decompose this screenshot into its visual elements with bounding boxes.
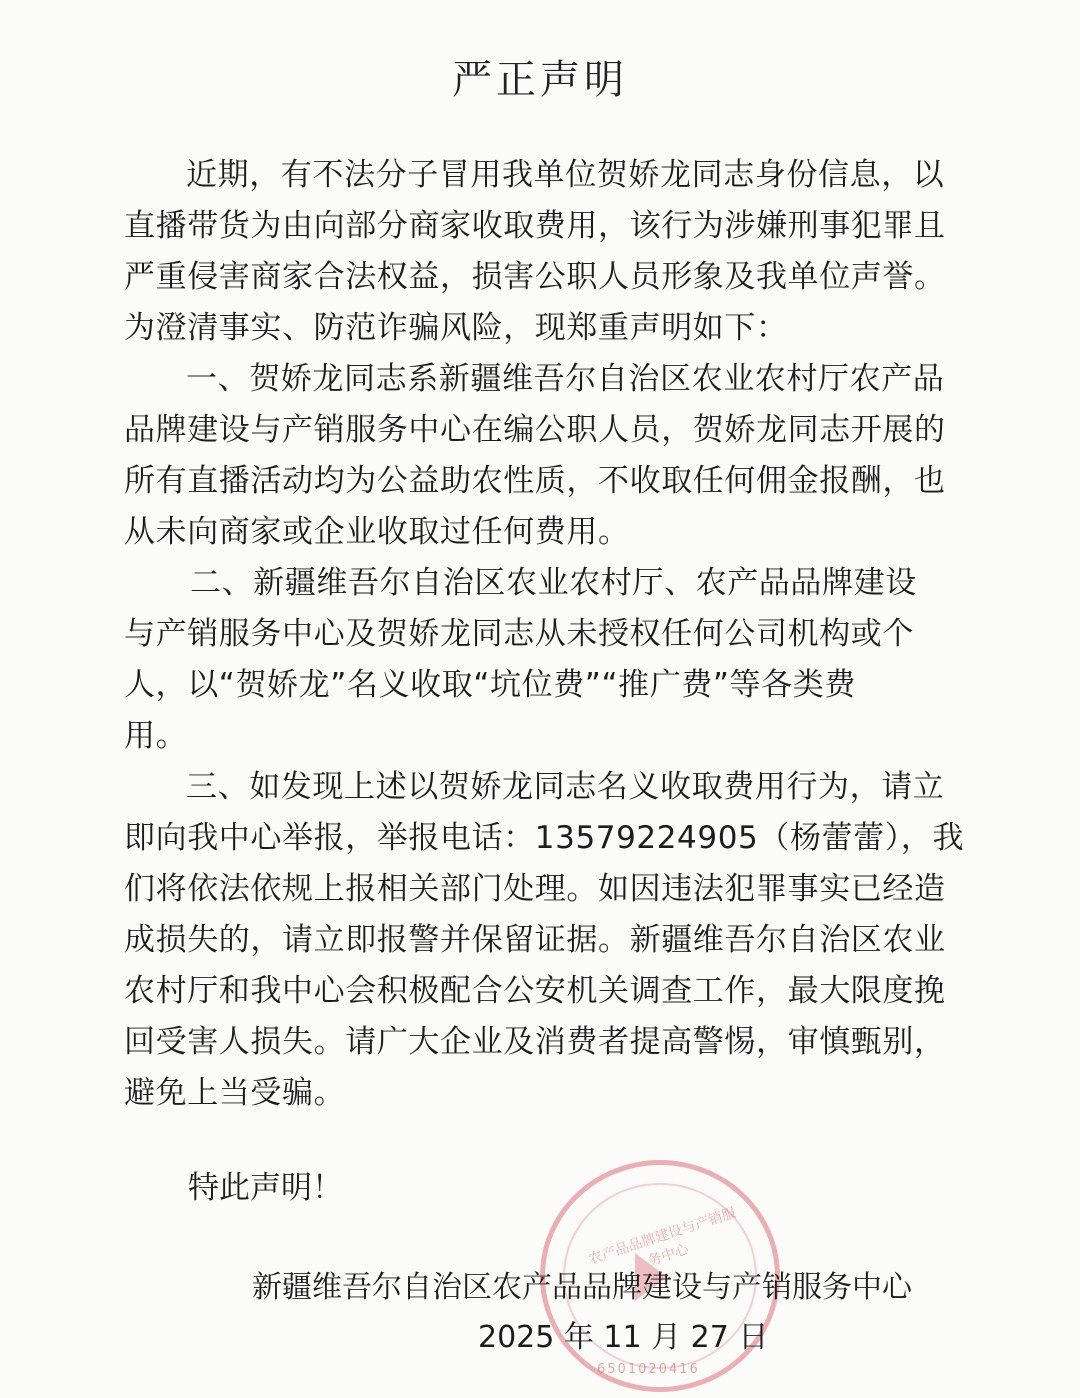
- body-line: 一、贺娇龙同志系新疆维吾尔自治区农业农村厅农产品: [124, 354, 954, 405]
- signature-date: 2025 年 11 月 27 日: [478, 1312, 768, 1356]
- body-line: 避免上当受骗。: [124, 1068, 954, 1119]
- seal-code: 6501020416: [597, 1362, 700, 1377]
- signature-organization: 新疆维吾尔自治区农产品品牌建设与产销服务中心: [252, 1262, 912, 1306]
- body-line: 为澄清事实、防范诈骗风险，现郑重声明如下：: [124, 303, 954, 354]
- body-line: 与产销服务中心及贺娇龙同志从未授权任何公司机构或个: [124, 609, 954, 660]
- closing-statement: 特此声明！: [188, 1162, 343, 1207]
- body-line: 用。: [124, 711, 954, 762]
- body-line: 从未向商家或企业收取过任何费用。: [124, 507, 954, 558]
- body-line: 三、如发现上述以贺娇龙同志名义收取费用行为，请立: [124, 762, 954, 813]
- document-title: 严正声明: [0, 48, 1080, 105]
- body-line: 成损失的，请立即报警并保留证据。新疆维吾尔自治区农业: [124, 915, 954, 966]
- body-line: 们将依法依规上报相关部门处理。如因违法犯罪事实已经造: [124, 864, 954, 915]
- body-line: 二、新疆维吾尔自治区农业农村厅、农产品品牌建设: [124, 558, 954, 609]
- body-line: 回受害人损失。请广大企业及消费者提高警惕，审慎甄别，: [124, 1017, 954, 1068]
- body-line: 人，以“贺娇龙”名义收取“坑位费”“推广费”等各类费: [124, 660, 954, 711]
- body-line: 严重侵害商家合法权益，损害公职人员形象及我单位声誉。: [124, 252, 954, 303]
- body-line: 即向我中心举报，举报电话：13579224905（杨蕾蕾），我: [124, 813, 954, 864]
- body-line: 农村厅和我中心会积极配合公安机关调查工作，最大限度挽: [124, 966, 954, 1017]
- body-line: 品牌建设与产销服务中心在编公职人员，贺娇龙同志开展的: [124, 405, 954, 456]
- document-body: 近期，有不法分子冒用我单位贺娇龙同志身份信息，以 直播带货为由向部分商家收取费用…: [124, 150, 954, 1119]
- body-line: 直播带货为由向部分商家收取费用，该行为涉嫌刑事犯罪且: [124, 201, 954, 252]
- body-line: 近期，有不法分子冒用我单位贺娇龙同志身份信息，以: [124, 150, 954, 201]
- body-line: 所有直播活动均为公益助农性质，不收取任何佣金报酬，也: [124, 456, 954, 507]
